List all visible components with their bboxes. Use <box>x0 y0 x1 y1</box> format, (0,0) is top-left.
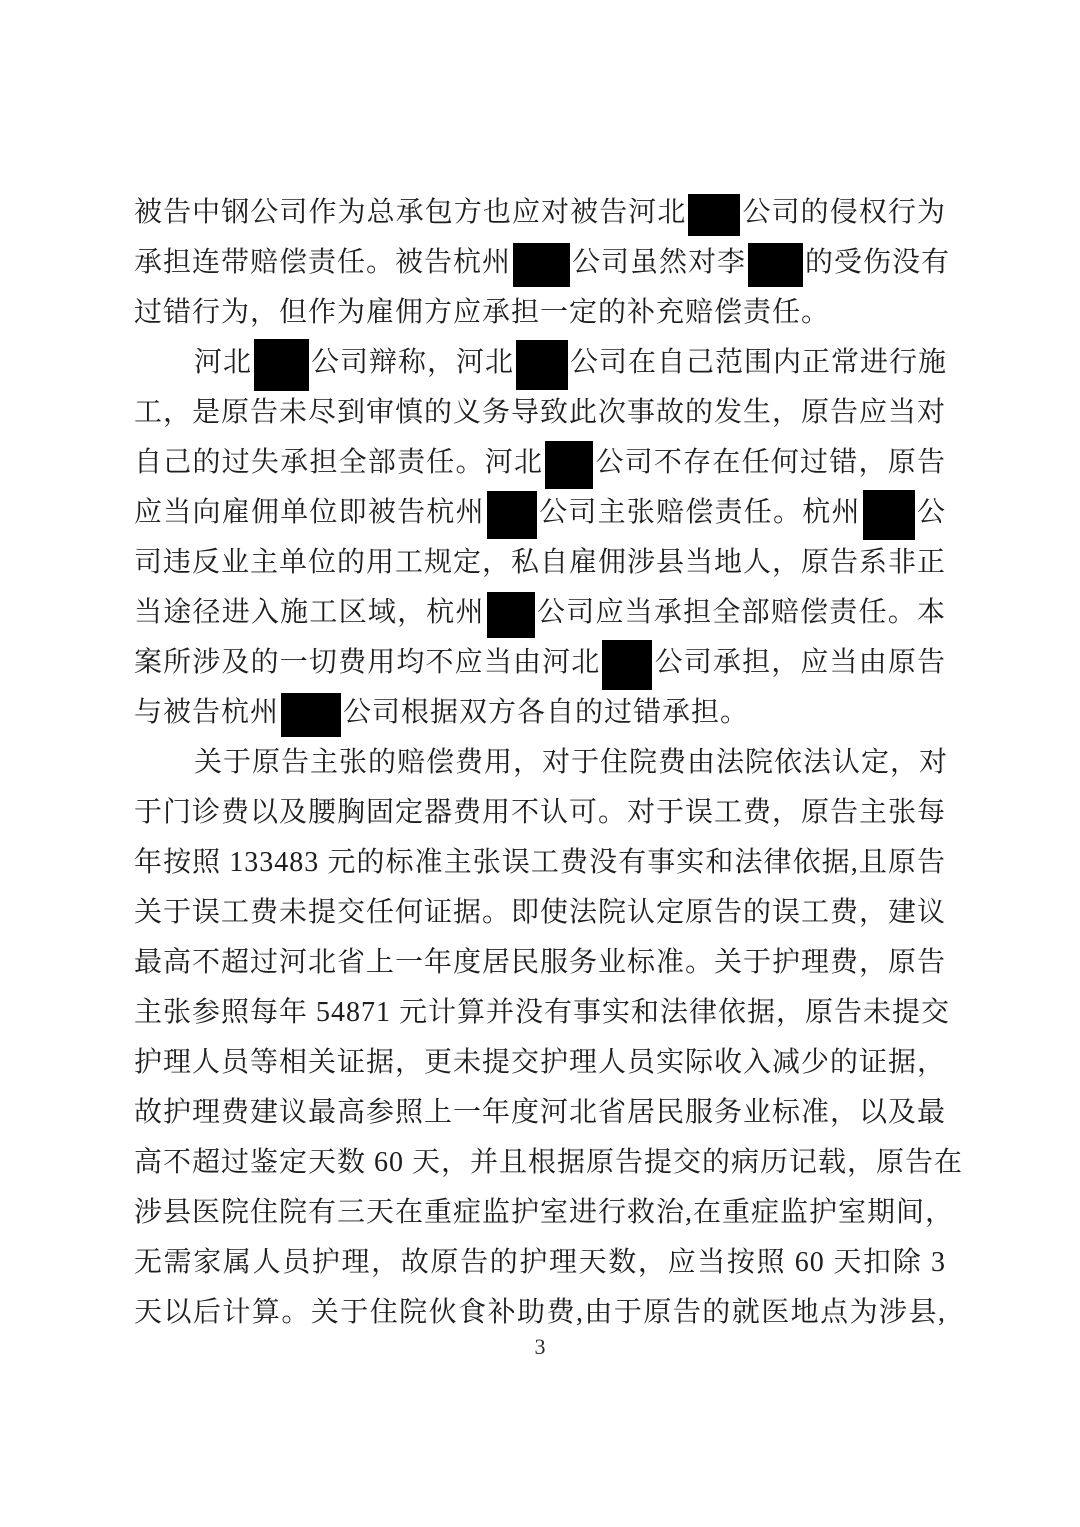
text-segment: 与被告杭州 <box>134 697 279 728</box>
page-footer: 3 <box>0 1334 1080 1360</box>
text-line: 最高不超过河北省上一年度居民服务业标准。关于护理费，原告 <box>134 938 946 988</box>
redaction-box <box>254 339 309 391</box>
text-line: 天以后计算。关于住院伙食补助费,由于原告的就医地点为涉县, <box>134 1288 946 1338</box>
text-line: 护理人员等相关证据，更未提交护理人员实际收入减少的证据， <box>134 1038 946 1088</box>
text-segment: 公司的侵权行为 <box>742 197 946 228</box>
text-line: 案所涉及的一切费用均不应当由河北公司承担，应当由原告 <box>134 638 946 688</box>
text-segment: 过错行为，但作为雇佣方应承担一定的补充赔偿责任。 <box>134 297 830 328</box>
text-segment: 公司不存在任何过错，原告 <box>595 447 946 478</box>
text-line: 于门诊费以及腰胸固定器费用不认可。对于误工费，原告主张每 <box>134 788 946 838</box>
text-line: 无需家属人员护理，故原告的护理天数，应当按照 60 天扣除 3 <box>134 1238 946 1288</box>
text-line: 工，是原告未尽到审慎的义务导致此次事故的发生，原告应当对 <box>134 388 946 438</box>
text-line: 关于原告主张的赔偿费用，对于住院费由法院依法认定，对 <box>134 738 946 788</box>
text-line: 自己的过失承担全部责任。河北公司不存在任何过错，原告 <box>134 438 946 488</box>
text-segment: 公司应当承担全部赔偿责任。本 <box>537 597 946 628</box>
text-segment: 涉县医院住院有三天在重症监护室进行救治,在重症监护室期间， <box>134 1197 954 1228</box>
text-line: 被告中钢公司作为总承包方也应对被告河北公司的侵权行为 <box>134 188 946 238</box>
text-line: 河北公司辩称，河北公司在自己范围内正常进行施 <box>134 338 946 388</box>
text-segment: 公司虽然对李 <box>572 247 746 278</box>
redaction-box <box>748 243 803 287</box>
text-line: 与被告杭州公司根据双方各自的过错承担。 <box>134 688 946 738</box>
text-line: 年按照 133483 元的标准主张误工费没有事实和法律依据,且原告 <box>134 838 946 888</box>
text-line: 关于误工费未提交任何证据。即使法院认定原告的误工费，建议 <box>134 888 946 938</box>
document-page: 被告中钢公司作为总承包方也应对被告河北公司的侵权行为承担连带赔偿责任。被告杭州公… <box>0 0 1080 1527</box>
text-segment: 司违反业主单位的用工规定，私自雇佣涉县当地人，原告系非正 <box>134 547 946 578</box>
redaction-box <box>863 490 915 540</box>
redaction-box <box>487 592 535 638</box>
redaction-box <box>545 441 593 489</box>
text-segment: 公 <box>917 497 946 528</box>
text-line: 应当向雇佣单位即被告杭州公司主张赔偿责任。杭州公 <box>134 488 946 538</box>
text-line: 涉县医院住院有三天在重症监护室进行救治,在重症监护室期间， <box>134 1188 946 1238</box>
text-segment: 无需家属人员护理，故原告的护理天数，应当按照 60 天扣除 3 <box>134 1247 946 1278</box>
text-segment: 应当向雇佣单位即被告杭州 <box>134 497 485 528</box>
text-segment: 护理人员等相关证据，更未提交护理人员实际收入减少的证据， <box>134 1047 946 1078</box>
text-line: 高不超过鉴定天数 60 天，并且根据原告提交的病历记载，原告在 <box>134 1138 946 1188</box>
redaction-box <box>602 640 652 690</box>
text-line: 司违反业主单位的用工规定，私自雇佣涉县当地人，原告系非正 <box>134 538 946 588</box>
page-number: 3 <box>535 1334 546 1359</box>
text-line: 承担连带赔偿责任。被告杭州公司虽然对李的受伤没有 <box>134 238 946 288</box>
redaction-box <box>281 693 341 737</box>
text-segment: 关于原告主张的赔偿费用，对于住院费由法院依法认定，对 <box>194 747 948 778</box>
text-segment: 关于误工费未提交任何证据。即使法院认定原告的误工费，建议 <box>134 897 946 928</box>
text-segment: 故护理费建议最高参照上一年度河北省居民服务业标准，以及最 <box>134 1097 946 1128</box>
text-segment: 于门诊费以及腰胸固定器费用不认可。对于误工费，原告主张每 <box>134 797 946 828</box>
text-segment: 年按照 133483 元的标准主张误工费没有事实和法律依据,且原告 <box>134 847 946 878</box>
text-segment: 最高不超过河北省上一年度居民服务业标准。关于护理费，原告 <box>134 947 946 978</box>
text-segment: 案所涉及的一切费用均不应当由河北 <box>134 647 600 678</box>
text-line: 当途径进入施工区域，杭州公司应当承担全部赔偿责任。本 <box>134 588 946 638</box>
text-segment: 承担连带赔偿责任。被告杭州 <box>134 247 511 278</box>
text-segment: 当途径进入施工区域，杭州 <box>134 597 485 628</box>
text-segment: 工，是原告未尽到审慎的义务导致此次事故的发生，原告应当对 <box>134 397 946 428</box>
text-segment: 公司承担，应当由原告 <box>654 647 946 678</box>
redaction-box <box>487 491 537 539</box>
text-segment: 河北 <box>194 347 252 378</box>
text-segment: 自己的过失承担全部责任。河北 <box>134 447 543 478</box>
text-line: 故护理费建议最高参照上一年度河北省居民服务业标准，以及最 <box>134 1088 946 1138</box>
document-body: 被告中钢公司作为总承包方也应对被告河北公司的侵权行为承担连带赔偿责任。被告杭州公… <box>134 188 946 1338</box>
text-segment: 天以后计算。关于住院伙食补助费,由于原告的就医地点为涉县, <box>134 1297 946 1328</box>
text-segment: 公司主张赔偿责任。杭州 <box>539 497 861 528</box>
text-segment: 主张参照每年 54871 元计算并没有事实和法律依据，原告未提交 <box>134 997 950 1028</box>
text-line: 主张参照每年 54871 元计算并没有事实和法律依据，原告未提交 <box>134 988 946 1038</box>
text-segment: 公司在自己范围内正常进行施 <box>570 347 947 378</box>
redaction-box <box>516 340 568 390</box>
text-segment: 公司辩称，河北 <box>311 347 514 378</box>
redaction-box <box>688 194 740 236</box>
text-segment: 高不超过鉴定天数 60 天，并且根据原告提交的病历记载，原告在 <box>134 1147 963 1178</box>
text-segment: 的受伤没有 <box>805 247 950 278</box>
text-segment: 公司根据双方各自的过错承担。 <box>343 697 749 728</box>
redaction-box <box>513 243 570 287</box>
text-line: 过错行为，但作为雇佣方应承担一定的补充赔偿责任。 <box>134 288 946 338</box>
text-segment: 被告中钢公司作为总承包方也应对被告河北 <box>134 197 686 228</box>
